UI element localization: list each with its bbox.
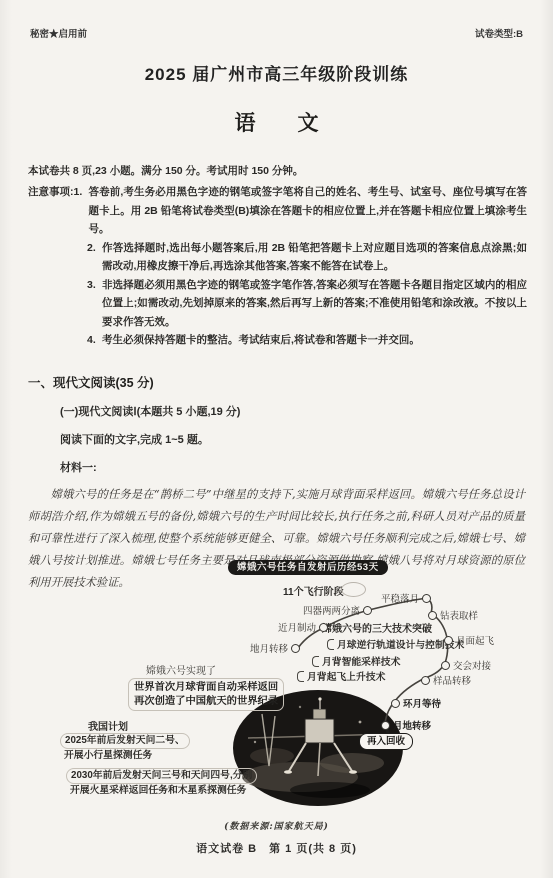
stage-node: 交会对接: [441, 658, 491, 672]
stage-label: 月地转移: [393, 718, 431, 732]
plan-line: 开展小行星探测任务: [60, 749, 190, 763]
plan-line: 开展火星采样返回任务和木星系探测任务: [66, 784, 257, 798]
stage-dot-icon: [441, 661, 450, 670]
section-heading: 一、现代文阅读(35 分): [0, 373, 553, 391]
plan-item: 2030年前后发射天问三号和天问四号,分别 开展火星采样返回任务和木星系探测任务: [66, 768, 257, 798]
bracket-icon: [327, 639, 334, 650]
notice-item-number: 2.: [87, 239, 102, 258]
notice-item: 2. 作答选择题时,选出每小题答案后,用 2B 铅笔把答题卡上对应题目选项的答案…: [28, 239, 527, 276]
stage-label: 交会对接: [453, 658, 491, 672]
material-label: 材料一:: [0, 459, 553, 475]
stage-dot-icon: [291, 644, 300, 653]
stage-dot-icon: [421, 676, 430, 685]
bracket-icon: [297, 671, 304, 682]
page-header: 秘密★启用前 试卷类型:B: [0, 0, 553, 40]
notice-item: 3. 非选择题必须用黑色字迹的钢笔或签字笔作答,答案必须写在答题卡各题目指定区域…: [28, 276, 527, 332]
stage-dot-icon: [428, 611, 437, 620]
stage-label: 月面起飞: [456, 633, 494, 647]
notice-item-number: 1.: [74, 183, 89, 202]
breakthrough-item: 月背智能采样技术: [312, 654, 400, 668]
notice-item-number: 4.: [87, 331, 102, 350]
mission-infographic: 嫦娥六号任务自发射后历经53天 11个飞行阶段 地月转移 近月制动 四器两两分离…: [0, 552, 553, 840]
subsection-heading: (一)现代文阅读Ⅰ(本题共 5 小题,19 分): [0, 403, 553, 419]
achievement-line: 再次创造了中国航天的世界纪录: [134, 695, 278, 709]
notice-item-number: 3.: [87, 276, 102, 295]
reading-instruction: 阅读下面的文字,完成 1~5 题。: [0, 431, 553, 447]
stage-label: 地月转移: [250, 641, 288, 655]
achievement-line: 世界首次月球背面自动采样返回: [134, 681, 278, 695]
plan-item: 2025年前后发射天问二号、 开展小行星探测任务: [60, 733, 190, 763]
stage-node: 地月转移: [250, 641, 300, 655]
stage-dot-icon: [381, 721, 390, 730]
stage-label: 钻表取样: [440, 608, 478, 622]
breakthrough-item: 月背起飞上升技术: [297, 669, 385, 683]
paper-type-label: 试卷类型:B: [475, 26, 523, 40]
notice-label: 注意事项:: [28, 183, 74, 202]
stage-dot-icon: [444, 636, 453, 645]
stage-node: 月面起飞: [444, 633, 494, 647]
stage-dot-icon: [391, 699, 400, 708]
stage-dot-icon: [319, 623, 328, 632]
stage-dot-icon: [363, 606, 372, 615]
exam-info-line: 本试卷共 8 页,23 小题。满分 150 分。考试用时 150 分钟。: [0, 163, 553, 178]
stage-node: 环月等待: [391, 696, 441, 710]
page-footer: 语文试卷 B 第 1 页(共 8 页): [0, 840, 553, 856]
subject-title: 语 文: [0, 107, 553, 137]
notice-item-text: 考生必须保持答题卡的整洁。考试结束后,将试卷和答题卡一并交回。: [102, 331, 527, 350]
ghost-ellipse-shape: [341, 582, 366, 597]
flight-stages-label: 11个飞行阶段: [283, 583, 344, 598]
notice-item-text: 答卷前,考生务必用黑色字迹的钢笔或签字笔将自己的姓名、考生号、试室号、座位号填写…: [89, 183, 528, 239]
breakthroughs-title: 嫦娥六号的三大技术突破: [322, 620, 432, 635]
plan-line: 2025年前后发射天问二号、: [60, 733, 190, 749]
infographic-title-badge: 嫦娥六号任务自发射后历经53天: [228, 560, 388, 575]
notice-item: 注意事项: 1. 答卷前,考生务必用黑色字迹的钢笔或签字笔将自己的姓名、考生号、…: [28, 183, 527, 239]
stage-node: 平稳落月: [381, 591, 431, 605]
stage-node: 四器两两分离: [303, 603, 372, 617]
exam-paper-page: 秘密★启用前 试卷类型:B 2025 届广州市高三年级阶段训练 语 文 本试卷共…: [0, 0, 553, 878]
stage-dot-icon: [422, 594, 431, 603]
data-source-note: (数据来源:国家航天局): [0, 819, 553, 832]
notice-item-text: 非选择题必须用黑色字迹的钢笔或签字笔作答,答案必须写在答题卡各题目指定区域内的相…: [102, 276, 527, 332]
stage-label: 平稳落月: [381, 591, 419, 605]
breakthrough-label: 月背起飞上升技术: [307, 669, 385, 683]
plans-title: 我国计划: [88, 718, 128, 733]
plan-line: 2030年前后发射天问三号和天问四号,分别: [66, 768, 257, 784]
reentry-badge: 再入回收: [359, 733, 413, 750]
secrecy-marking: 秘密★启用前: [30, 26, 87, 40]
stage-label: 样品转移: [433, 673, 471, 687]
stage-label: 四器两两分离: [303, 603, 360, 617]
exam-title: 2025 届广州市高三年级阶段训练: [0, 60, 553, 85]
breakthrough-label: 月背智能采样技术: [322, 654, 400, 668]
stage-node: 样品转移: [421, 673, 471, 687]
notice-block: 注意事项: 1. 答卷前,考生务必用黑色字迹的钢笔或签字笔将自己的姓名、考生号、…: [0, 183, 553, 350]
notice-item-text: 作答选择题时,选出每小题答案后,用 2B 铅笔把答题卡上对应题目选项的答案信息点…: [102, 239, 527, 276]
achievement-lead: 嫦娥六号实现了: [146, 662, 216, 677]
stage-label: 近月制动: [278, 620, 316, 634]
stage-node: 月地转移: [381, 718, 431, 732]
notice-item: 4. 考生必须保持答题卡的整洁。考试结束后,将试卷和答题卡一并交回。: [28, 331, 527, 350]
bracket-icon: [312, 656, 319, 667]
stage-node: 钻表取样: [428, 608, 478, 622]
stage-label: 环月等待: [403, 696, 441, 710]
achievement-box: 世界首次月球背面自动采样返回 再次创造了中国航天的世界纪录: [128, 678, 284, 711]
stage-node: 近月制动: [278, 620, 328, 634]
